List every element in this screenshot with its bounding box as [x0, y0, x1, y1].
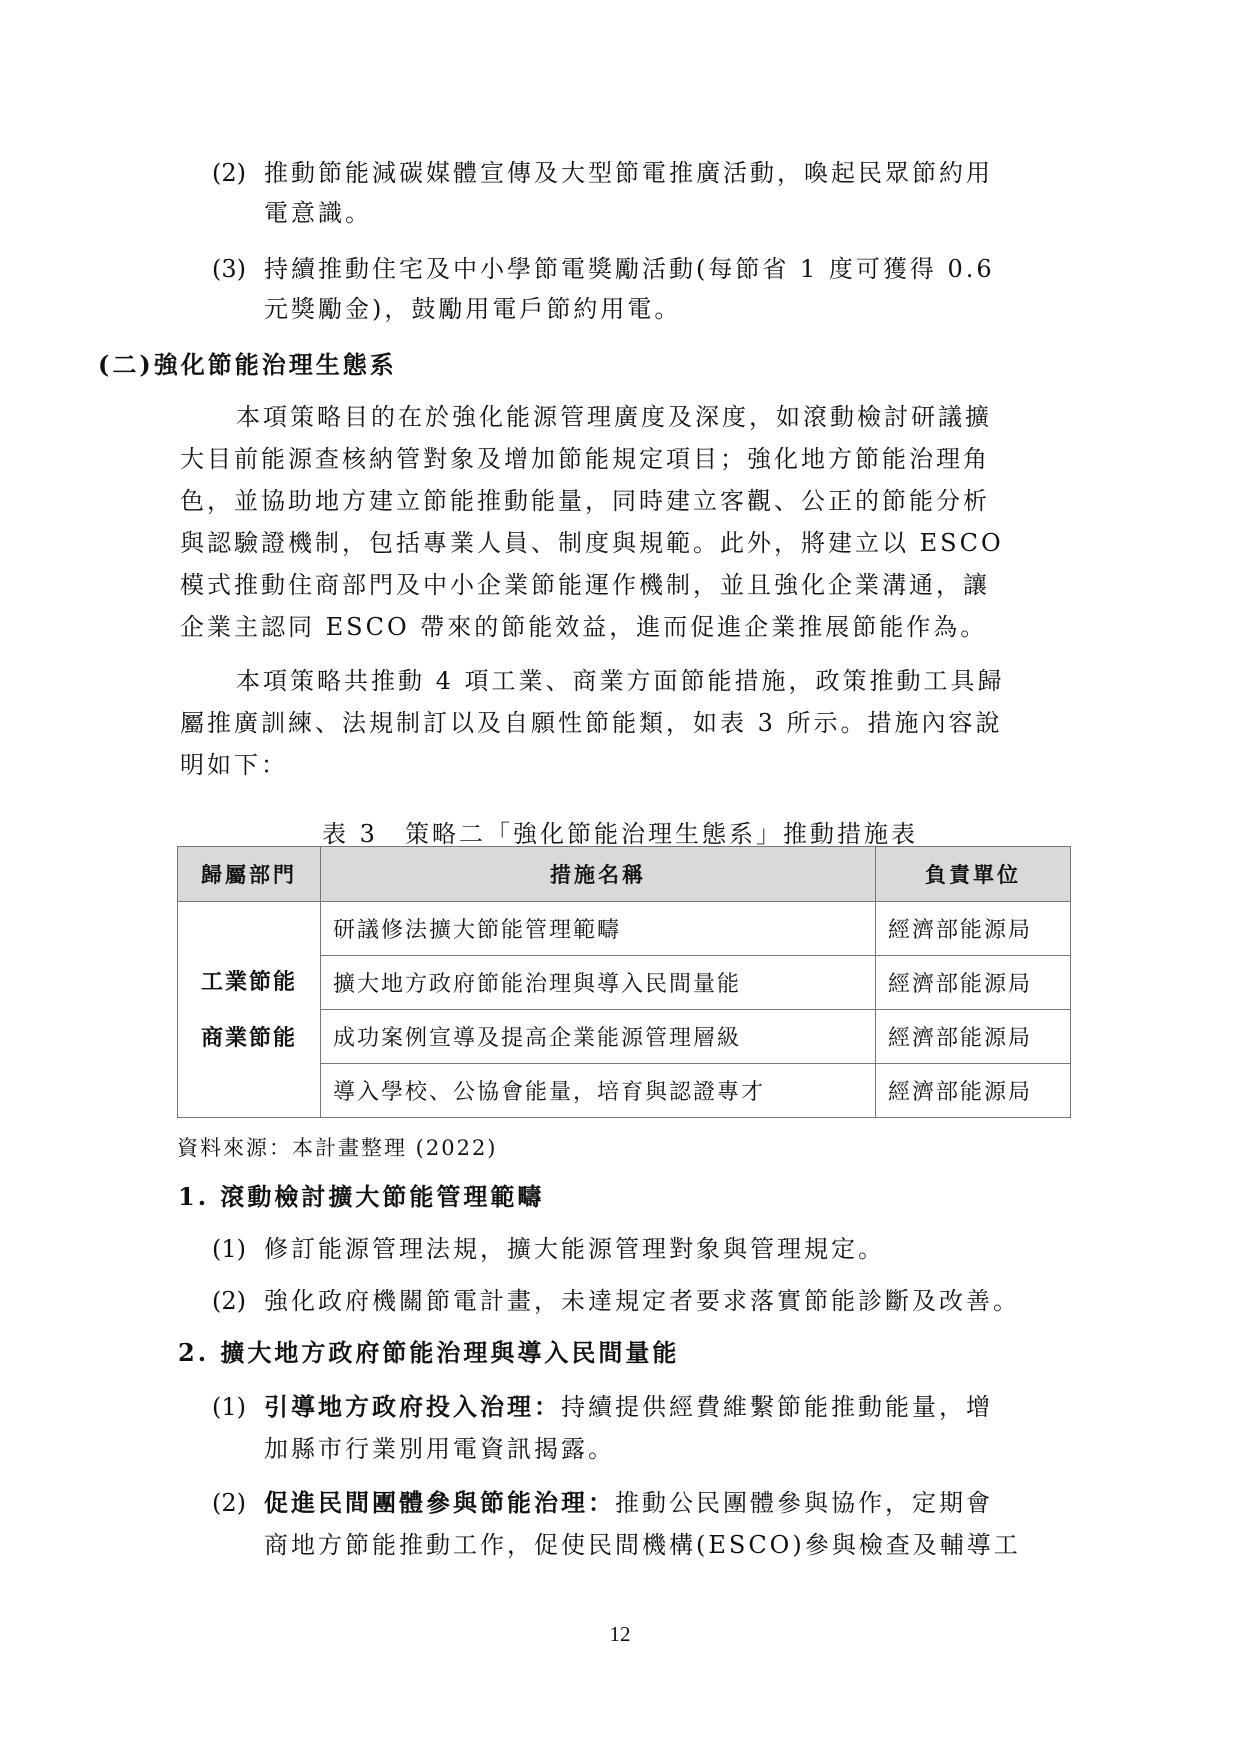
paragraph-1-line: 本項策略目的在於強化能源管理廣度及深度，如滾動檢討研議擴	[236, 402, 992, 432]
paragraph-1-line: 模式推動住商部門及中小企業節能運作機制，並且強化企業溝通，讓	[180, 570, 990, 600]
item-number: (3)	[212, 254, 264, 284]
item-bold-lead: 引導地方政府投入治理：	[264, 1392, 561, 1421]
subsection-1-item-2: (2)強化政府機關節電計畫，未達規定者要求落實節能診斷及改善。	[212, 1286, 1020, 1316]
item-bold-lead: 促進民間團體參與節能治理：	[264, 1488, 615, 1517]
subsection-2-item-1-cont: 加縣市行業別用電資訊揭露。	[264, 1434, 615, 1464]
table-source: 資料來源：本計畫整理 (2022)	[177, 1132, 498, 1162]
intro-item-3: (3)持續推動住宅及中小學節電獎勵活動(每節省 1 度可獲得 0.6	[212, 254, 995, 284]
item-text: 推動節能減碳媒體宣傳及大型節電推廣活動，喚起民眾節約用	[264, 159, 993, 187]
department-industry: 工業節能	[178, 954, 320, 1010]
paragraph-1-line: 色，並協助地方建立節能推動能量，同時建立客觀、公正的節能分析	[180, 486, 990, 516]
item-number: (2)	[212, 158, 264, 188]
item-text: 修訂能源管理法規，擴大能源管理對象與管理規定。	[264, 1235, 885, 1263]
item-number: (2)	[212, 1286, 264, 1316]
paragraph-1-line: 企業主認同 ESCO 帶來的節能效益，進而促進企業推展節能作為。	[180, 612, 987, 642]
subsection-2-item-2: (2)促進民間團體參與節能治理：推動公民團體參與協作，定期會	[212, 1488, 993, 1518]
unit-cell: 經濟部能源局	[876, 1064, 1071, 1118]
measure-cell: 擴大地方政府節能治理與導入民間量能	[321, 956, 876, 1010]
measure-cell: 導入學校、公協會能量，培育與認證專才	[321, 1064, 876, 1118]
paragraph-2-line: 明如下：	[180, 750, 288, 780]
header-unit: 負責單位	[876, 847, 1071, 902]
item-text: 強化政府機關節電計畫，未達規定者要求落實節能診斷及改善。	[264, 1287, 1020, 1315]
subsection-1-heading: 1. 滾動檢討擴大節能管理範疇	[178, 1182, 544, 1212]
subsection-2-item-2-cont: 商地方節能推動工作，促使民間機構(ESCO)參與檢查及輔導工	[264, 1530, 1021, 1560]
paragraph-1-line: 與認驗證機制，包括專業人員、制度與規範。此外，將建立以 ESCO	[180, 528, 1004, 558]
paragraph-2-line: 本項策略共推動 4 項工業、商業方面節能措施，政策推動工具歸	[236, 666, 1005, 696]
header-department: 歸屬部門	[178, 847, 321, 902]
table-row: 工業節能 商業節能 研議修法擴大節能管理範疇 經濟部能源局	[178, 902, 1071, 956]
document-page: (2)推動節能減碳媒體宣傳及大型節電推廣活動，喚起民眾節約用 電意識。 (3)持…	[0, 0, 1240, 1753]
intro-item-2: (2)推動節能減碳媒體宣傳及大型節電推廣活動，喚起民眾節約用	[212, 158, 993, 188]
intro-item-3-cont: 元獎勵金)，鼓勵用電戶節約用電。	[264, 294, 681, 324]
subsection-2-item-1: (1)引導地方政府投入治理：持續提供經費維繫節能推動能量，增	[212, 1392, 993, 1422]
page-number: 12	[0, 1622, 1240, 1647]
unit-cell: 經濟部能源局	[876, 902, 1071, 956]
item-text: 持續提供經費維繫節能推動能量，增	[561, 1393, 993, 1421]
item-number: (1)	[212, 1234, 264, 1264]
item-text: 推動公民團體參與協作，定期會	[615, 1489, 993, 1517]
paragraph-2-line: 屬推廣訓練、法規制訂以及自願性節能類，如表 3 所示。措施內容說	[180, 708, 1003, 738]
table-caption: 表 3 策略二「強化節能治理生態系」推動措施表	[0, 814, 1240, 849]
subsection-2-heading: 2. 擴大地方政府節能治理與導入民間量能	[178, 1338, 679, 1368]
section-heading: (二)強化節能治理生態系	[98, 350, 397, 380]
measures-table: 歸屬部門 措施名稱 負責單位 工業節能 商業節能 研議修法擴大節能管理範疇 經濟…	[177, 846, 1071, 1118]
table-header-row: 歸屬部門 措施名稱 負責單位	[178, 847, 1071, 902]
intro-item-2-cont: 電意識。	[264, 198, 372, 228]
header-measure: 措施名稱	[321, 847, 876, 902]
department-commerce: 商業節能	[178, 1010, 320, 1066]
subsection-1-item-1: (1)修訂能源管理法規，擴大能源管理對象與管理規定。	[212, 1234, 885, 1264]
item-number: (1)	[212, 1392, 264, 1422]
item-number: (2)	[212, 1488, 264, 1518]
measure-cell: 成功案例宣導及提高企業能源管理層級	[321, 1010, 876, 1064]
item-text: 持續推動住宅及中小學節電獎勵活動(每節省 1 度可獲得 0.6	[264, 255, 995, 283]
measure-cell: 研議修法擴大節能管理範疇	[321, 902, 876, 956]
paragraph-1-line: 大目前能源查核納管對象及增加節能規定項目；強化地方節能治理角	[180, 444, 990, 474]
unit-cell: 經濟部能源局	[876, 956, 1071, 1010]
unit-cell: 經濟部能源局	[876, 1010, 1071, 1064]
department-cell: 工業節能 商業節能	[178, 902, 321, 1118]
